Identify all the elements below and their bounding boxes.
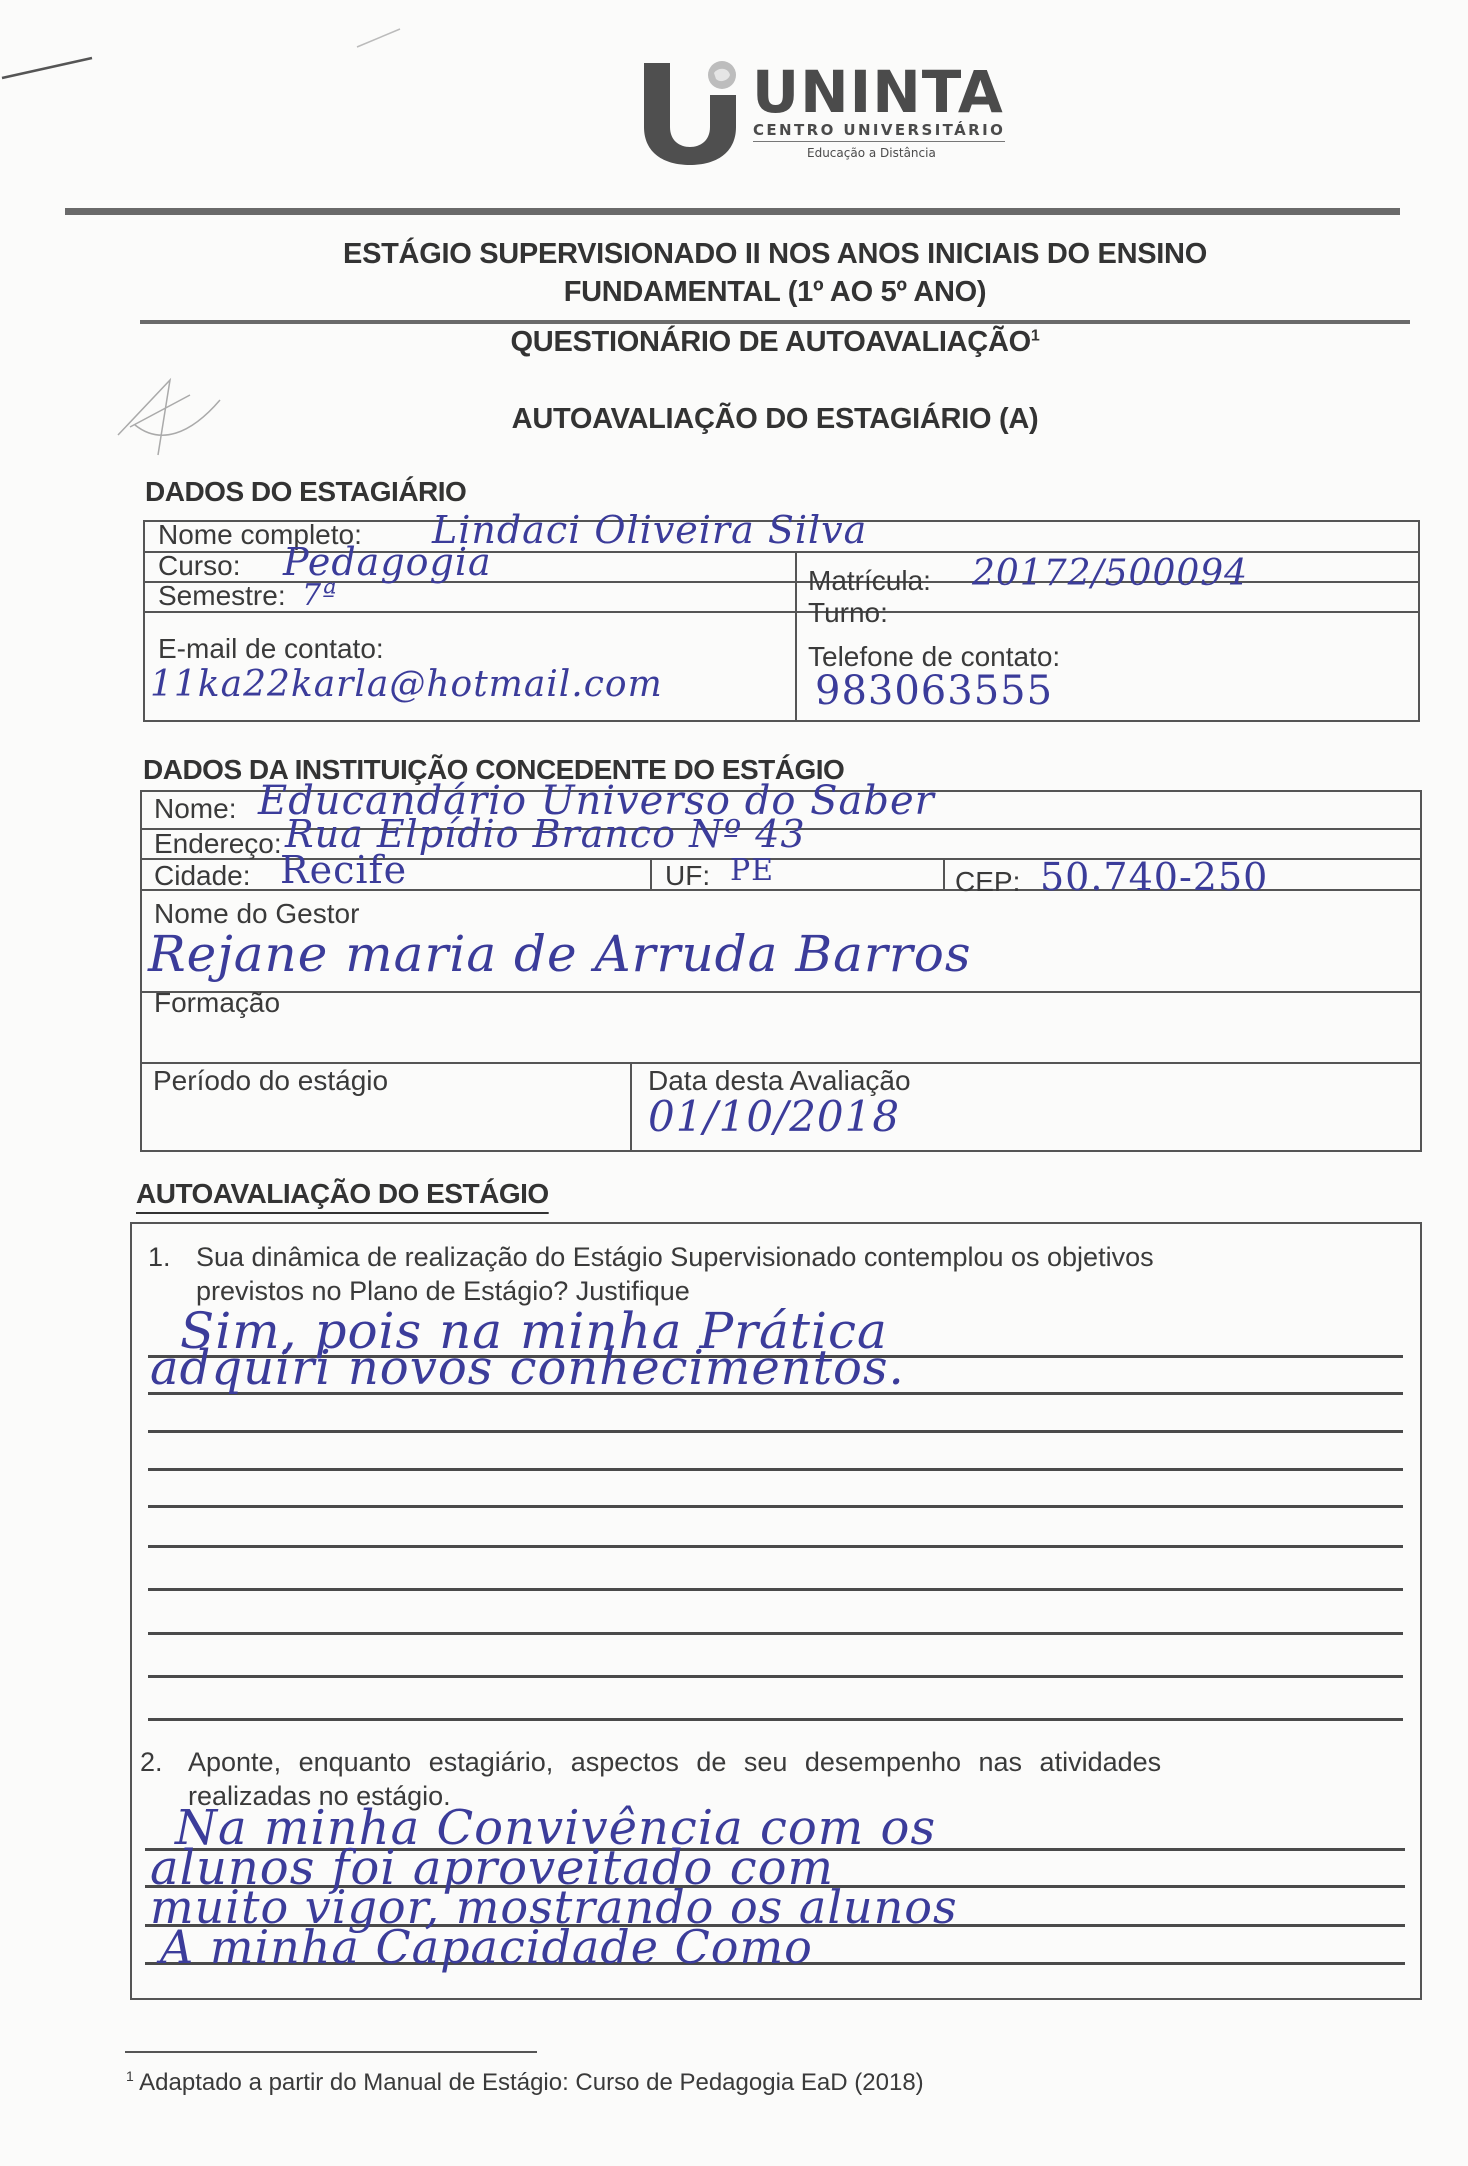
zip-field[interactable]: 50.740-250 — [1040, 855, 1268, 899]
question-1-text-line1: Sua dinâmica de realização do Estágio Su… — [196, 1242, 1154, 1272]
answer-line — [148, 1505, 1403, 1508]
questionnaire-title-text: QUESTIONÁRIO DE AUTOAVALIAÇÃO — [511, 326, 1031, 358]
header-rule-middle — [140, 320, 1410, 324]
answer-line — [148, 1675, 1403, 1678]
semester-field[interactable]: 7ª — [302, 578, 337, 613]
logo-tagline: Educação a Distância — [807, 146, 936, 160]
manager-field[interactable]: Rejane maria de Arruda Barros — [148, 925, 971, 983]
email-field[interactable]: 11ka22karla@hotmail.com — [150, 664, 663, 705]
education-label: Formação — [154, 987, 280, 1019]
registration-label: Matrícula: — [808, 565, 931, 597]
student-section-heading: DADOS DO ESTAGIÁRIO — [145, 476, 466, 508]
city-label: Cidade: — [154, 860, 251, 892]
email-label: E-mail de contato: — [158, 633, 384, 665]
phone-field[interactable]: 983063555 — [815, 668, 1053, 714]
question-1: 1.Sua dinâmica de realização do Estágio … — [148, 1240, 1408, 1308]
page-title-line1: ESTÁGIO SUPERVISIONADO II NOS ANOS INICI… — [140, 238, 1410, 271]
address-label: Endereço: — [154, 828, 282, 860]
period-label: Período do estágio — [153, 1065, 388, 1097]
question-2-text-line1: Aponte, enquanto estagiário, aspectos de… — [188, 1745, 1161, 1779]
shift-label: Turno: — [808, 597, 888, 629]
col-divider — [650, 858, 652, 889]
questionnaire-title: QUESTIONÁRIO DE AUTOAVALIAÇÃO1 — [140, 326, 1410, 359]
self-eval-heading: AUTOAVALIAÇÃO DO ESTÁGIO — [136, 1178, 549, 1210]
city-field[interactable]: Recife — [280, 848, 407, 892]
registration-field[interactable]: 20172/500094 — [972, 553, 1248, 594]
semester-label: Semestre: — [158, 580, 286, 612]
footnote-rule — [125, 2051, 537, 2053]
page-title-line2: FUNDAMENTAL (1º AO 5º ANO) — [140, 276, 1410, 309]
header-rule-top — [65, 208, 1400, 215]
footnote-marker: 1 — [1031, 327, 1040, 344]
zip-label: CEP: — [955, 866, 1020, 898]
answer-line — [148, 1468, 1403, 1471]
answer-line — [148, 1430, 1403, 1433]
state-label: UF: — [665, 860, 710, 892]
row-divider — [140, 1062, 1422, 1064]
question-1-number: 1. — [148, 1240, 196, 1274]
full-name-field[interactable]: Lindaci Oliveira Silva — [432, 508, 867, 552]
col-divider — [795, 551, 797, 721]
question-1-answer-line2: adquiri novos conhecimentos. — [150, 1340, 905, 1396]
question-2-answer-line4: A minha Capacidade Como — [160, 1920, 813, 1974]
answer-line — [148, 1632, 1403, 1635]
state-field[interactable]: PE — [730, 853, 774, 888]
answer-line — [148, 1718, 1403, 1721]
pencil-mark-top-left — [0, 50, 100, 90]
section-title: AUTOAVALIAÇÃO DO ESTAGIÁRIO (A) — [140, 403, 1410, 436]
row-divider — [140, 991, 1422, 993]
footnote: 1 Adaptado a partir do Manual de Estágio… — [126, 2068, 924, 2097]
uninta-u-logo-icon — [640, 55, 740, 167]
logo-wordmark: UNINTA — [752, 58, 1004, 126]
course-label: Curso: — [158, 550, 240, 582]
logo-subtitle: CENTRO UNIVERSITÁRIO — [753, 121, 1005, 142]
question-2-number: 2. — [140, 1745, 188, 1779]
answer-line — [148, 1545, 1403, 1548]
eval-date-field[interactable]: 01/10/2018 — [648, 1092, 900, 1141]
col-divider — [943, 858, 945, 889]
col-divider — [630, 1062, 632, 1152]
answer-line — [148, 1588, 1403, 1591]
pencil-mark-top — [355, 25, 405, 55]
footnote-text: Adaptado a partir do Manual de Estágio: … — [139, 2069, 924, 2096]
inst-name-label: Nome: — [154, 793, 236, 825]
footnote-mark: 1 — [126, 2068, 134, 2084]
